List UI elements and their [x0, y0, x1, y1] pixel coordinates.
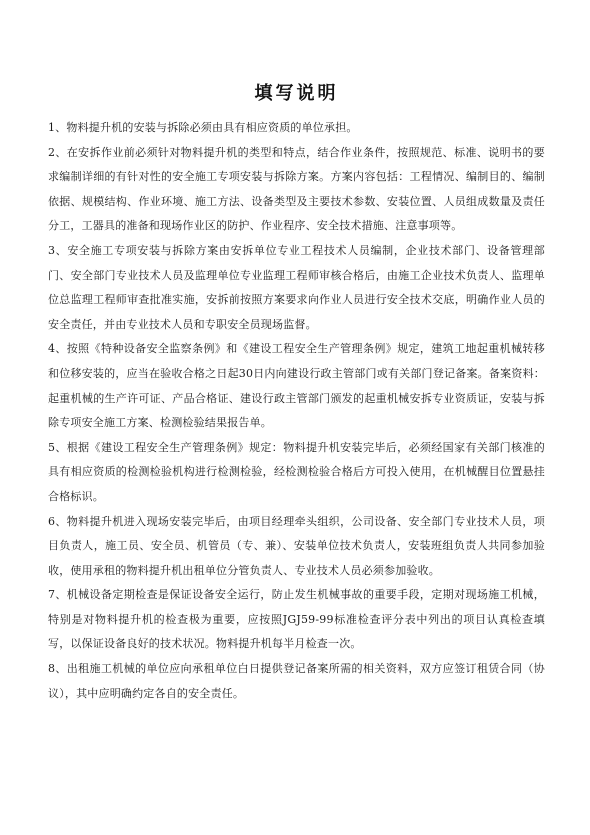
instruction-paragraph-3: 3、安全施工专项安装与拆除方案由安拆单位专业工程技术人员编制，企业技术部门、设备…: [48, 239, 545, 337]
instruction-paragraph-5: 5、根据《建设工程安全生产管理条例》规定：物料提升机安装完毕后，必须经国家有关部…: [48, 436, 545, 510]
instruction-paragraph-6: 6、物料提升机进入现场安装完毕后，由项目经理牵头组织，公司设备、安全部门专业技术…: [48, 510, 545, 584]
instruction-paragraph-7: 7、机械设备定期检查是保证设备安全运行，防止发生机械事故的重要手段，定期对现场施…: [48, 583, 545, 657]
document-body: 1、物料提升机的安装与拆除必须由具有相应资质的单位承担。2、在安拆作业前必须针对…: [48, 116, 545, 706]
document-page: 填写说明 1、物料提升机的安装与拆除必须由具有相应资质的单位承担。2、在安拆作业…: [0, 0, 590, 835]
instruction-paragraph-8: 8、出租施工机械的单位应向承租单位白日提供登记备案所需的相关资料，双方应签订租赁…: [48, 657, 545, 706]
instruction-paragraph-1: 1、物料提升机的安装与拆除必须由具有相应资质的单位承担。: [48, 116, 545, 141]
page-title: 填写说明: [48, 84, 545, 103]
instruction-paragraph-2: 2、在安拆作业前必须针对物料提升机的类型和特点，结合作业条件，按照规范、标准、说…: [48, 141, 545, 239]
instruction-paragraph-4: 4、按照《特种设备安全监察条例》和《建设工程安全生产管理条例》规定，建筑工地起重…: [48, 337, 545, 435]
